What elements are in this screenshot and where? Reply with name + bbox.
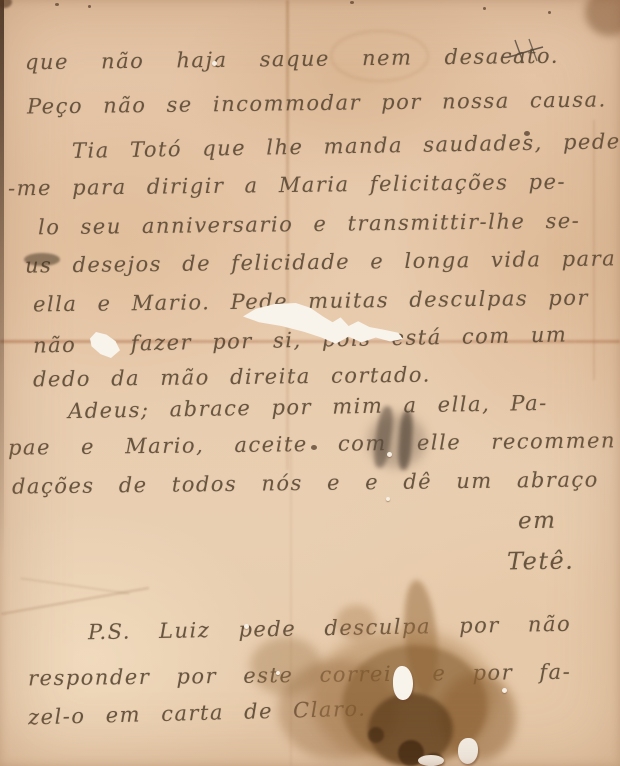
left-edge-shadow bbox=[0, 0, 4, 560]
closing-word: em bbox=[518, 508, 557, 534]
ink-speck bbox=[88, 5, 91, 8]
letter-line: Peço não se incommodar por nossa causa. bbox=[27, 86, 607, 119]
pinhole bbox=[502, 688, 507, 693]
ink-smudge bbox=[368, 406, 430, 476]
letter-line: Tia Totó que lhe manda saudades, pede- bbox=[72, 128, 620, 164]
ink-speck bbox=[483, 7, 486, 10]
letter-line: dações de todos nós e e dê um abraço bbox=[12, 466, 599, 499]
ink-speck bbox=[548, 11, 551, 14]
letter-line: Adeus; abrace por mim a ella, Pa- bbox=[68, 390, 548, 424]
ink-speck bbox=[350, 1, 354, 4]
letter-line: us desejos de felicidade e longa vida pa… bbox=[25, 245, 616, 278]
diagonal-crease-2 bbox=[20, 577, 129, 594]
top-right-corner-stain bbox=[585, 0, 620, 36]
letter-line: pae e Mario, aceite com elle recommen bbox=[8, 427, 616, 460]
pinhole bbox=[212, 61, 217, 66]
letter-line: dedo da mão direita cortado. bbox=[33, 362, 431, 393]
letter-line: -me para dirigir a Maria felicitações pe… bbox=[8, 169, 566, 202]
pinhole bbox=[244, 624, 249, 629]
pinhole bbox=[386, 497, 390, 501]
diagonal-crease bbox=[1, 587, 149, 615]
stain-hole bbox=[418, 755, 444, 766]
letter-line: que não haja saque nem desacato. bbox=[25, 43, 559, 76]
ink-speck bbox=[55, 3, 59, 6]
coffee-stain bbox=[250, 545, 550, 766]
letter-line: lo seu anniversario e transmittir-lhe se… bbox=[38, 208, 581, 241]
pinhole bbox=[276, 671, 280, 675]
stain-hole bbox=[393, 666, 413, 700]
letter-page: que não haja saque nem desacato. Peço nã… bbox=[0, 0, 620, 766]
pinhole bbox=[387, 452, 392, 457]
